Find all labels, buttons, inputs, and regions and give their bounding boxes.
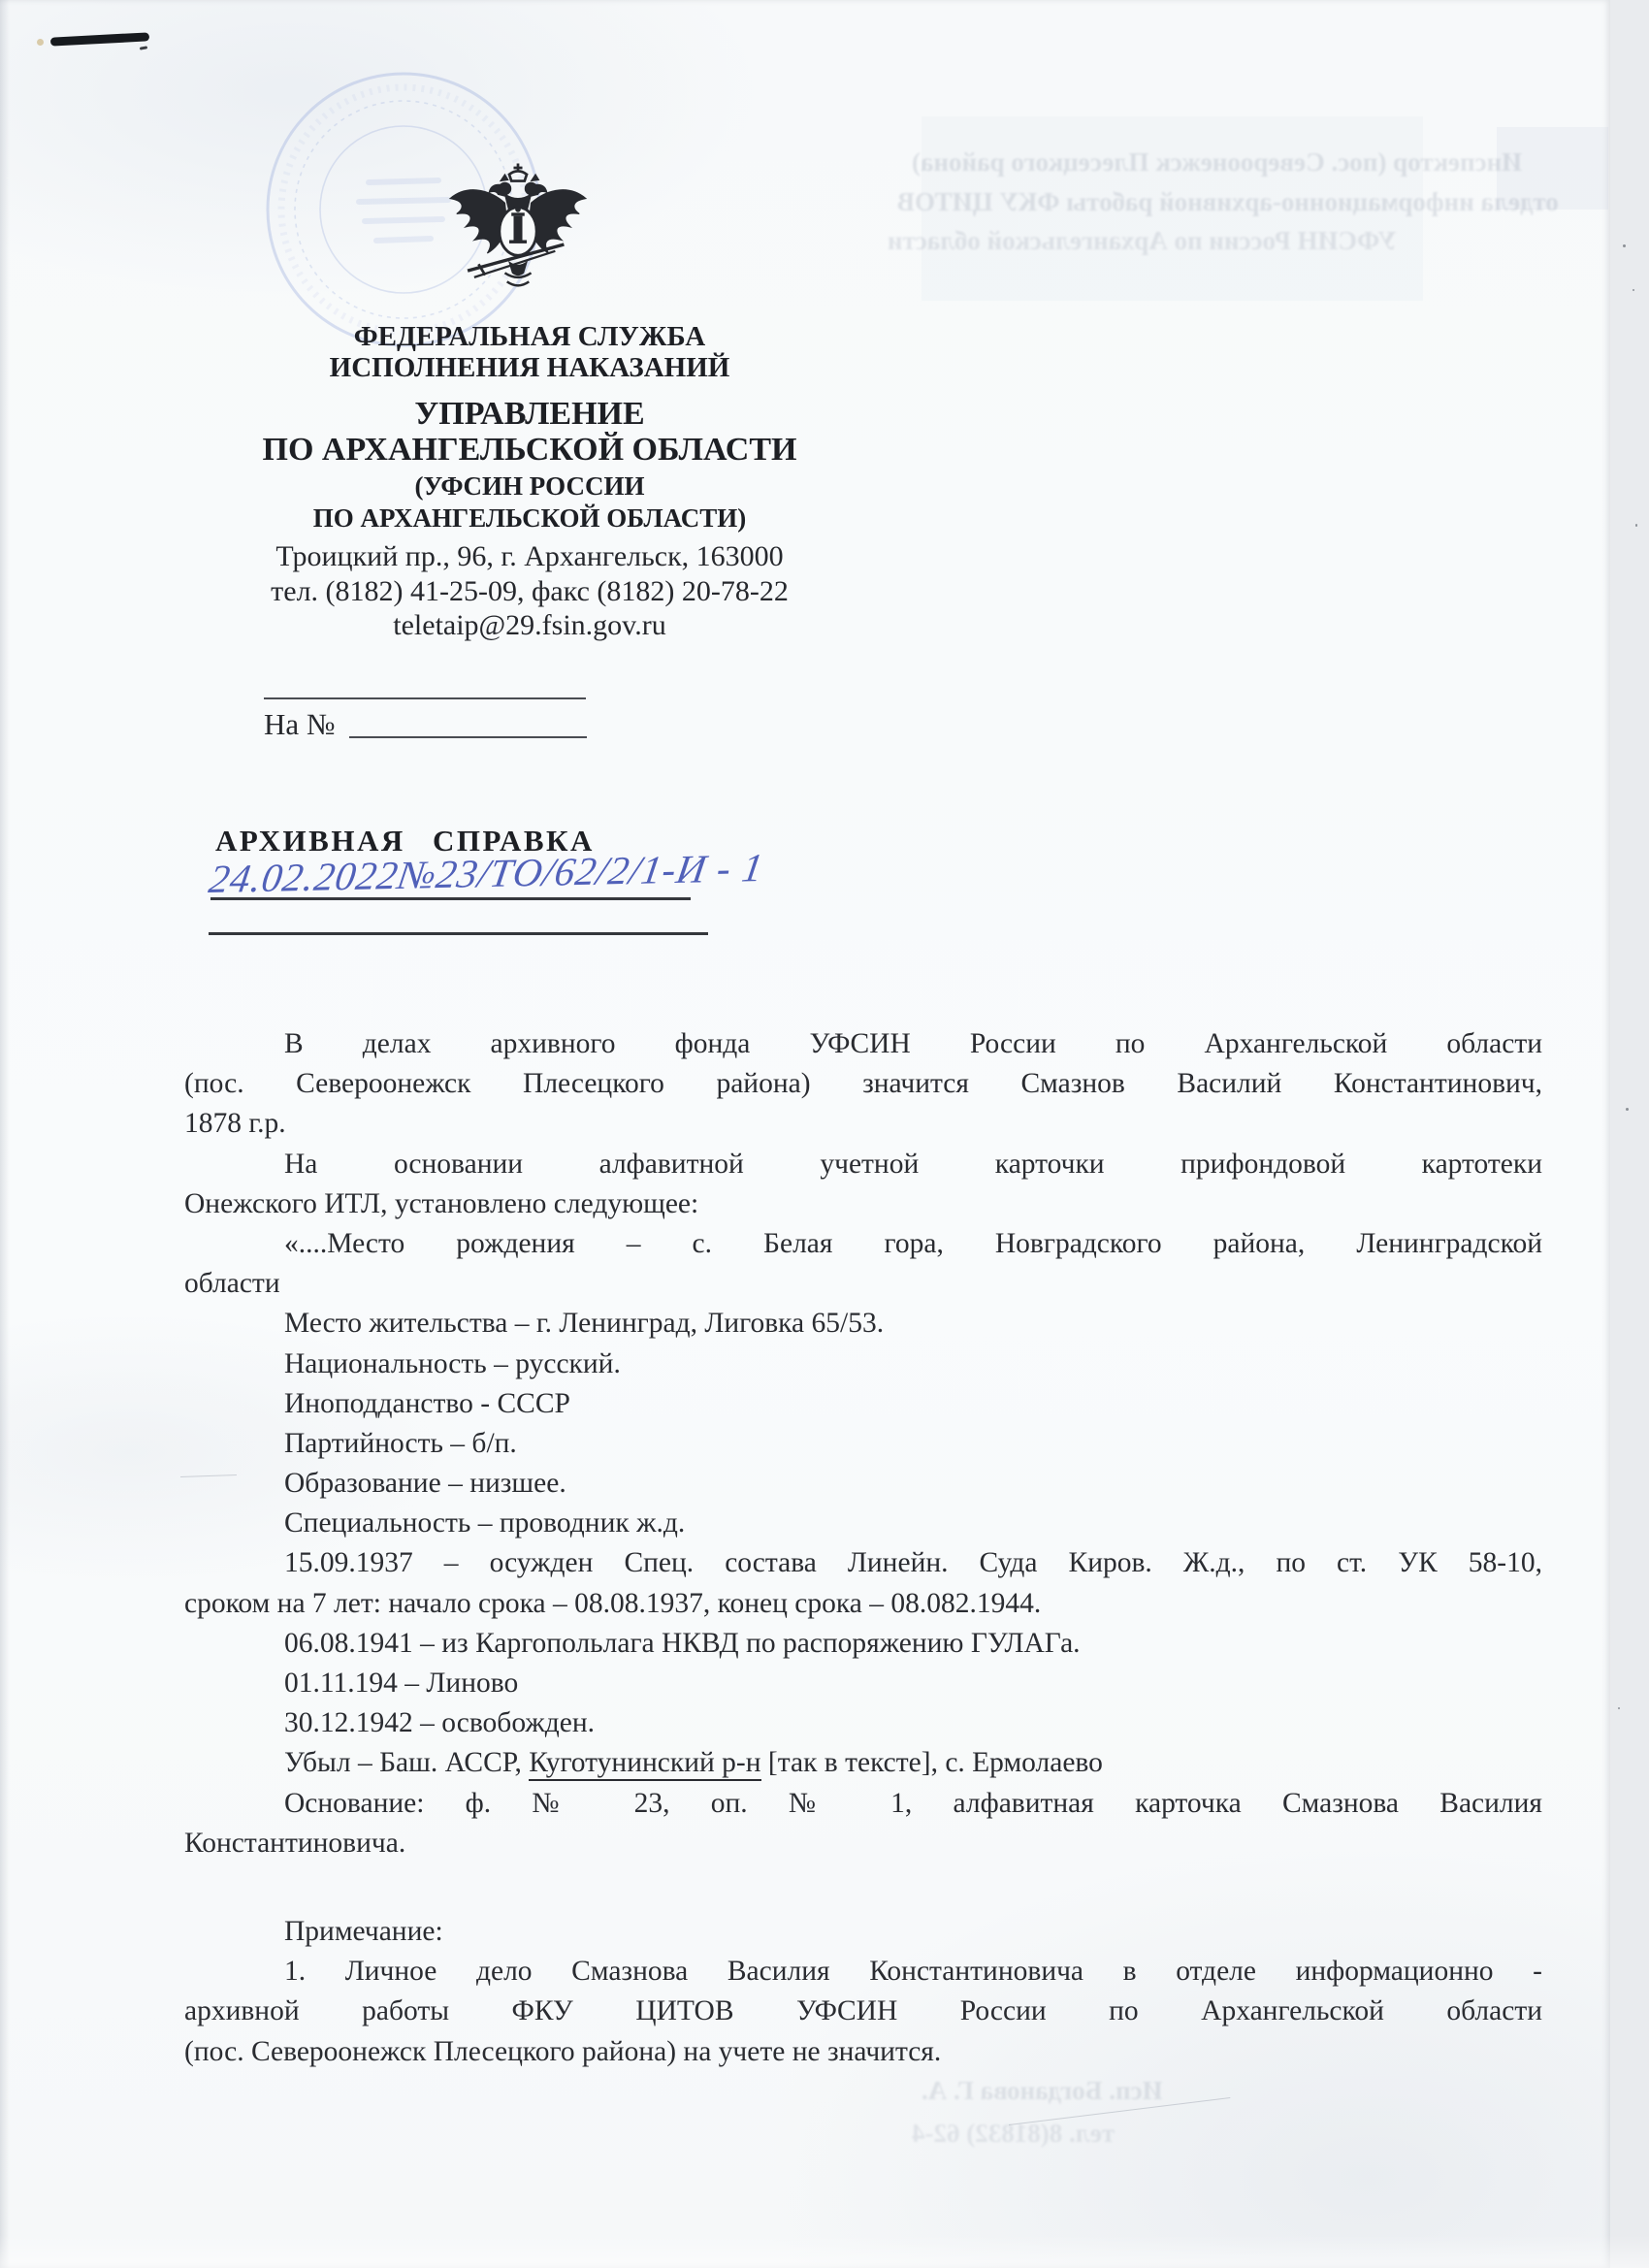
body-line: 15.09.1937 – осужден Спец. состава Линей…: [184, 1543, 1542, 1583]
scanner-background-strip: [1610, 0, 1649, 2268]
underlined-district: Куготунинский р-н: [529, 1747, 760, 1781]
departure-prefix: Убыл – Баш. АССР,: [284, 1747, 529, 1778]
scanned-document-page: ФЕДЕРАЛЬНАЯ СЛУЖБА ИСПОЛНЕНИЯ НАКАЗАНИЙ …: [0, 0, 1649, 2268]
na-no-label: На №: [264, 707, 335, 742]
body-line: Партийность – б/п.: [184, 1424, 1542, 1464]
body-line: В делах архивного фонда УФСИН России по …: [184, 1024, 1542, 1064]
body-line: 30.12.1942 – освобожден.: [184, 1703, 1542, 1743]
bleedthrough-executor-line: Исп. Богданова Г. А.: [921, 2076, 1163, 2106]
phone-fax-line: тел. (8182) 41-25-09, факс (8182) 20-78-…: [252, 575, 807, 608]
body-line: сроком на 7 лет: начало срока – 08.08.19…: [184, 1584, 1542, 1624]
dust-speck: [1618, 1707, 1620, 1709]
bleedthrough-ufsin-line: УФСИН России по Архангельской области: [888, 226, 1397, 256]
body-line: Иноподданство - СССР: [184, 1384, 1542, 1424]
office-name-line1: УПРАВЛЕНИЕ: [252, 396, 807, 433]
email-line: teletaip@29.fsin.gov.ru: [252, 609, 807, 642]
dust-speck: [1633, 289, 1634, 291]
body-line: 01.11.194 – Линово: [184, 1664, 1542, 1703]
body-line-departure: Убыл – Баш. АССР, Куготунинский р-н [так…: [184, 1743, 1542, 1783]
bleedthrough-phone-line: тел. 8(81832) 62-4: [912, 2119, 1115, 2149]
body-line: области: [184, 1264, 1542, 1304]
agency-name-line2: ИСПОЛНЕНИЯ НАКАЗАНИЙ: [252, 352, 807, 384]
body-line: Национальность – русский.: [184, 1345, 1542, 1384]
fsin-eagle-emblem-icon: [441, 157, 595, 314]
body-line: Константиновича.: [184, 1824, 1542, 1863]
bleedthrough-inspector-line: Инспектор (пос. Североонежск Плесецкого …: [912, 147, 1522, 178]
body-line: Специальность – проводник ж.д.: [184, 1504, 1542, 1543]
dust-speck: [1635, 524, 1637, 527]
office-name-line2: ПО АРХАНГЕЛЬСКОЙ ОБЛАСТИ: [252, 432, 807, 469]
bleedthrough-department-line: отдела информационно-архивной работы ФКУ…: [897, 187, 1559, 217]
address-line: Троицкий пр., 96, г. Архангельск, 163000: [252, 540, 807, 573]
body-line: 06.08.1941 – из Каргопольлага НКВД по ра…: [184, 1624, 1542, 1664]
reference-line-top: [264, 697, 586, 699]
body-line: 1878 г.р.: [184, 1104, 1542, 1144]
dust-speck: [1623, 244, 1626, 247]
blank-underline: [209, 932, 708, 935]
note-block: Примечание: 1. Личное дело Смазнова Васи…: [184, 1912, 1542, 2072]
office-abbrev-line1: (УФСИН РОССИИ: [252, 471, 807, 502]
paper-left-edge-shadow: [0, 0, 10, 2268]
note-line: 1. Личное дело Смазнова Василия Констант…: [184, 1952, 1542, 1992]
note-line: (пос. Североонежск Плесецкого района) на…: [184, 2032, 1542, 2072]
body-line: Основание: ф. № 23, оп. № 1, алфавитная …: [184, 1784, 1542, 1824]
body-line: Место жительства – г. Ленинград, Лиговка…: [184, 1304, 1542, 1344]
office-abbrev-line2: ПО АРХАНГЕЛЬСКОЙ ОБЛАСТИ): [252, 503, 807, 534]
dust-speck: [1626, 1108, 1629, 1111]
body-text: В делах архивного фонда УФСИН России по …: [184, 1024, 1542, 1863]
body-line: (пос. Североонежск Плесецкого района) зн…: [184, 1064, 1542, 1104]
note-line: архивной работы ФКУ ЦИТОВ УФСИН России п…: [184, 1992, 1542, 2031]
handwriting-underline: [210, 897, 691, 900]
reference-line-bottom: [349, 736, 587, 738]
body-line: Онежского ИТЛ, установлено следующее:: [184, 1184, 1542, 1224]
body-line: На основании алфавитной учетной карточки…: [184, 1145, 1542, 1184]
body-line: Образование – низшее.: [184, 1464, 1542, 1504]
pen-mark-dot: [37, 39, 44, 46]
agency-name-line1: ФЕДЕРАЛЬНАЯ СЛУЖБА: [252, 321, 807, 353]
note-label: Примечание:: [184, 1912, 1542, 1952]
paper-bottom-edge-highlight: [0, 2235, 1649, 2268]
body-line: «....Место рождения – с. Белая гора, Нов…: [184, 1224, 1542, 1264]
departure-suffix: [так в тексте], с. Ермолаево: [761, 1747, 1103, 1778]
